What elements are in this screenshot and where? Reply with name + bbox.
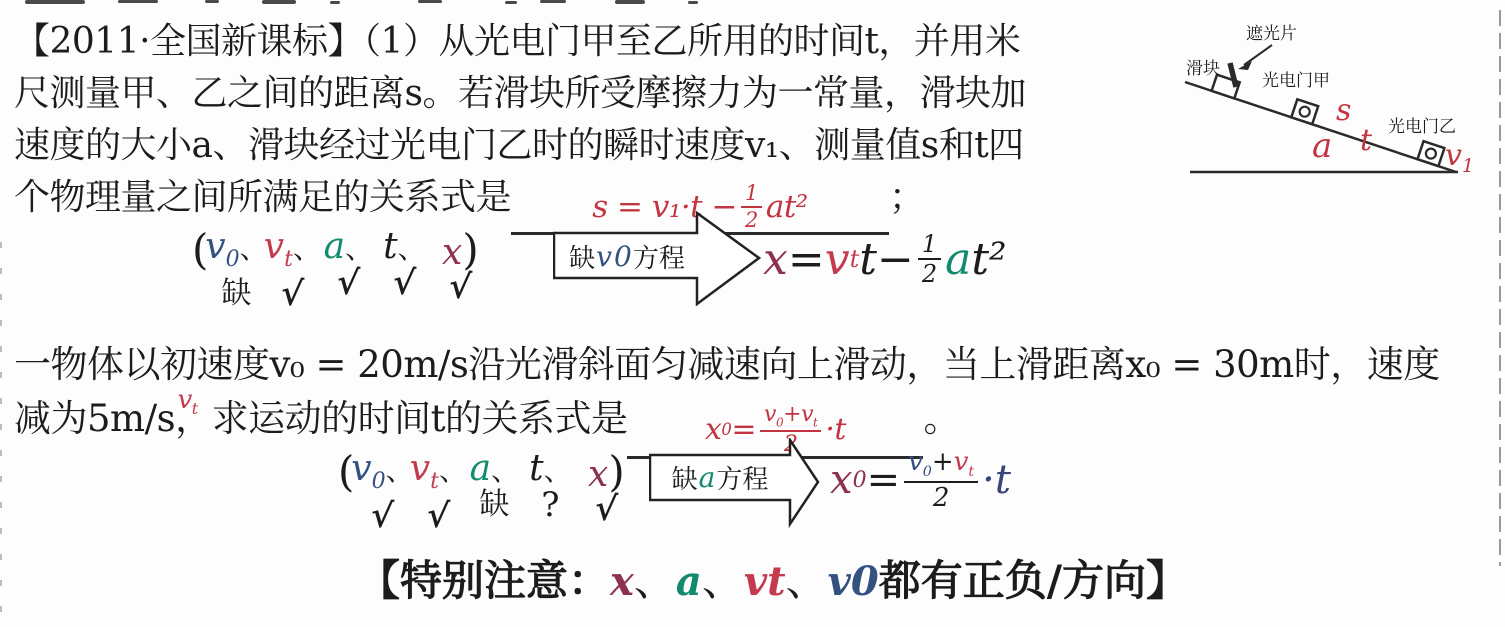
variable-checklist-1: ( v0、 缺 vt、 √ a、 √ t、 √ x) √ bbox=[192, 230, 488, 311]
block-arrow-2: 缺a方程 bbox=[649, 438, 821, 528]
slider-label: 滑块 bbox=[1186, 59, 1220, 79]
list-item-v0: v0、 √ bbox=[354, 452, 410, 533]
mark-check: √ bbox=[392, 265, 417, 300]
note-suffix: 都有正负/方向】 bbox=[879, 548, 1188, 608]
velocity-v1-label: v bbox=[1445, 138, 1462, 173]
note-var-x: x bbox=[610, 558, 634, 605]
mark-check: √ bbox=[336, 265, 361, 300]
shutter-pointer-arrowhead bbox=[1238, 61, 1252, 70]
note-var-vt: v bbox=[744, 558, 767, 605]
list-item-x: x) √ bbox=[432, 230, 488, 304]
scan-edge-line-left bbox=[0, 242, 2, 622]
special-note: 【特别注意：x、a、vt、v0都有正负/方向】 bbox=[358, 548, 1188, 608]
problem1-line4-prefix: 个物理量之间所满足的关系式是 bbox=[14, 177, 511, 218]
mark-check: √ bbox=[448, 269, 473, 304]
mark-question: ? bbox=[541, 488, 559, 522]
list-item-vt: vt、 √ bbox=[410, 452, 466, 533]
equation-2: x0 = v0+vt2·t bbox=[830, 444, 1011, 516]
mark-check: √ bbox=[370, 498, 395, 533]
fraction-v0-plus-vt-over-2: v0+vt2 bbox=[904, 449, 978, 511]
mark-missing: 缺 bbox=[221, 277, 251, 311]
photogate-b-icon bbox=[1418, 141, 1445, 166]
photogate-a-icon bbox=[1291, 99, 1318, 124]
scanned-physics-worksheet: { "colors": { "ink": "#1c1c1c", "red_pen… bbox=[0, 0, 1505, 627]
note-var-a: a bbox=[676, 558, 702, 605]
problem1-paragraph: 【2011·全国新课标】（1）从光电门甲至乙所用的时间t，并用米 尺测量甲、乙之… bbox=[14, 16, 1026, 224]
note-var-v0: v bbox=[828, 558, 851, 605]
acceleration-a-label: a bbox=[1312, 126, 1332, 166]
problem1-line1: 【2011·全国新课标】（1）从光电门甲至乙所用的时间t，并用米 bbox=[14, 16, 1026, 68]
list-item-x: x) √ bbox=[578, 452, 634, 526]
block-arrow-1-label: 缺v0方程 bbox=[559, 233, 695, 279]
block-arrow-1: 缺v0方程 bbox=[553, 211, 761, 306]
list-item-a: a、 √ bbox=[320, 230, 376, 300]
shutter-label: 遮光片 bbox=[1246, 24, 1297, 44]
problem2-line1: 一物体以初速度v₀ = 20m/s沿光滑斜面匀减速向上滑动，当上滑距离x₀ = … bbox=[14, 338, 1440, 392]
photogate-b-label: 光电门乙 bbox=[1388, 117, 1456, 137]
list-item-a: a、 缺 bbox=[466, 452, 522, 522]
list-item-t: t、 ? bbox=[522, 452, 578, 522]
block-arrow-2-label: 缺a方程 bbox=[653, 455, 787, 500]
note-title: 特别注意： bbox=[400, 548, 610, 608]
mark-check: √ bbox=[426, 498, 451, 533]
time-t-label: t bbox=[1360, 123, 1373, 158]
problem1-line3: 速度的大小a、滑块经过光电门乙时的瞬时速度v₁、测量值s和t四 bbox=[14, 120, 1026, 172]
problem2-line2-end: 。 bbox=[923, 397, 960, 440]
note-open-bracket: 【 bbox=[358, 548, 400, 608]
equation-1: x = vtt − 12at² bbox=[763, 224, 1007, 294]
list-item-v0: v0、 缺 bbox=[208, 230, 264, 311]
mark-check: √ bbox=[280, 276, 305, 311]
problem2-paragraph: 一物体以初速度v₀ = 20m/s沿光滑斜面匀减速向上滑动，当上滑距离x₀ = … bbox=[14, 338, 1440, 446]
list-item-vt: vt、 √ bbox=[264, 230, 320, 311]
incline-diagram: 遮光片 滑块 光电门甲 光电门乙 s a t v 1 bbox=[1160, 5, 1505, 205]
mark-missing: 缺 bbox=[479, 488, 509, 522]
list-item-t: t、 √ bbox=[376, 230, 432, 300]
problem1-line4-suffix: ； bbox=[889, 177, 925, 218]
photogate-a-label: 光电门甲 bbox=[1262, 71, 1330, 91]
problem2-line2-mid: 求运动的时间t的关系式是 bbox=[212, 397, 628, 440]
mark-check: √ bbox=[594, 491, 619, 526]
distance-s-label: s bbox=[1336, 93, 1351, 128]
fraction-one-half: 12 bbox=[918, 232, 941, 286]
shutter-pointer-line bbox=[1244, 45, 1272, 65]
velocity-v1-subscript: 1 bbox=[1462, 155, 1474, 177]
problem1-line2: 尺测量甲、乙之间的距离s。若滑块所受摩擦力为一常量，滑块加 bbox=[14, 68, 1026, 120]
problem1-line4: 个物理量之间所满足的关系式是s = v₁·t −12at²； bbox=[14, 172, 1026, 224]
incline-diagram-svg: 遮光片 滑块 光电门甲 光电门乙 s a t v 1 bbox=[1160, 5, 1505, 205]
variable-checklist-2: ( v0、 √ vt、 √ a、 缺 t、 ? x) √ bbox=[338, 452, 634, 533]
